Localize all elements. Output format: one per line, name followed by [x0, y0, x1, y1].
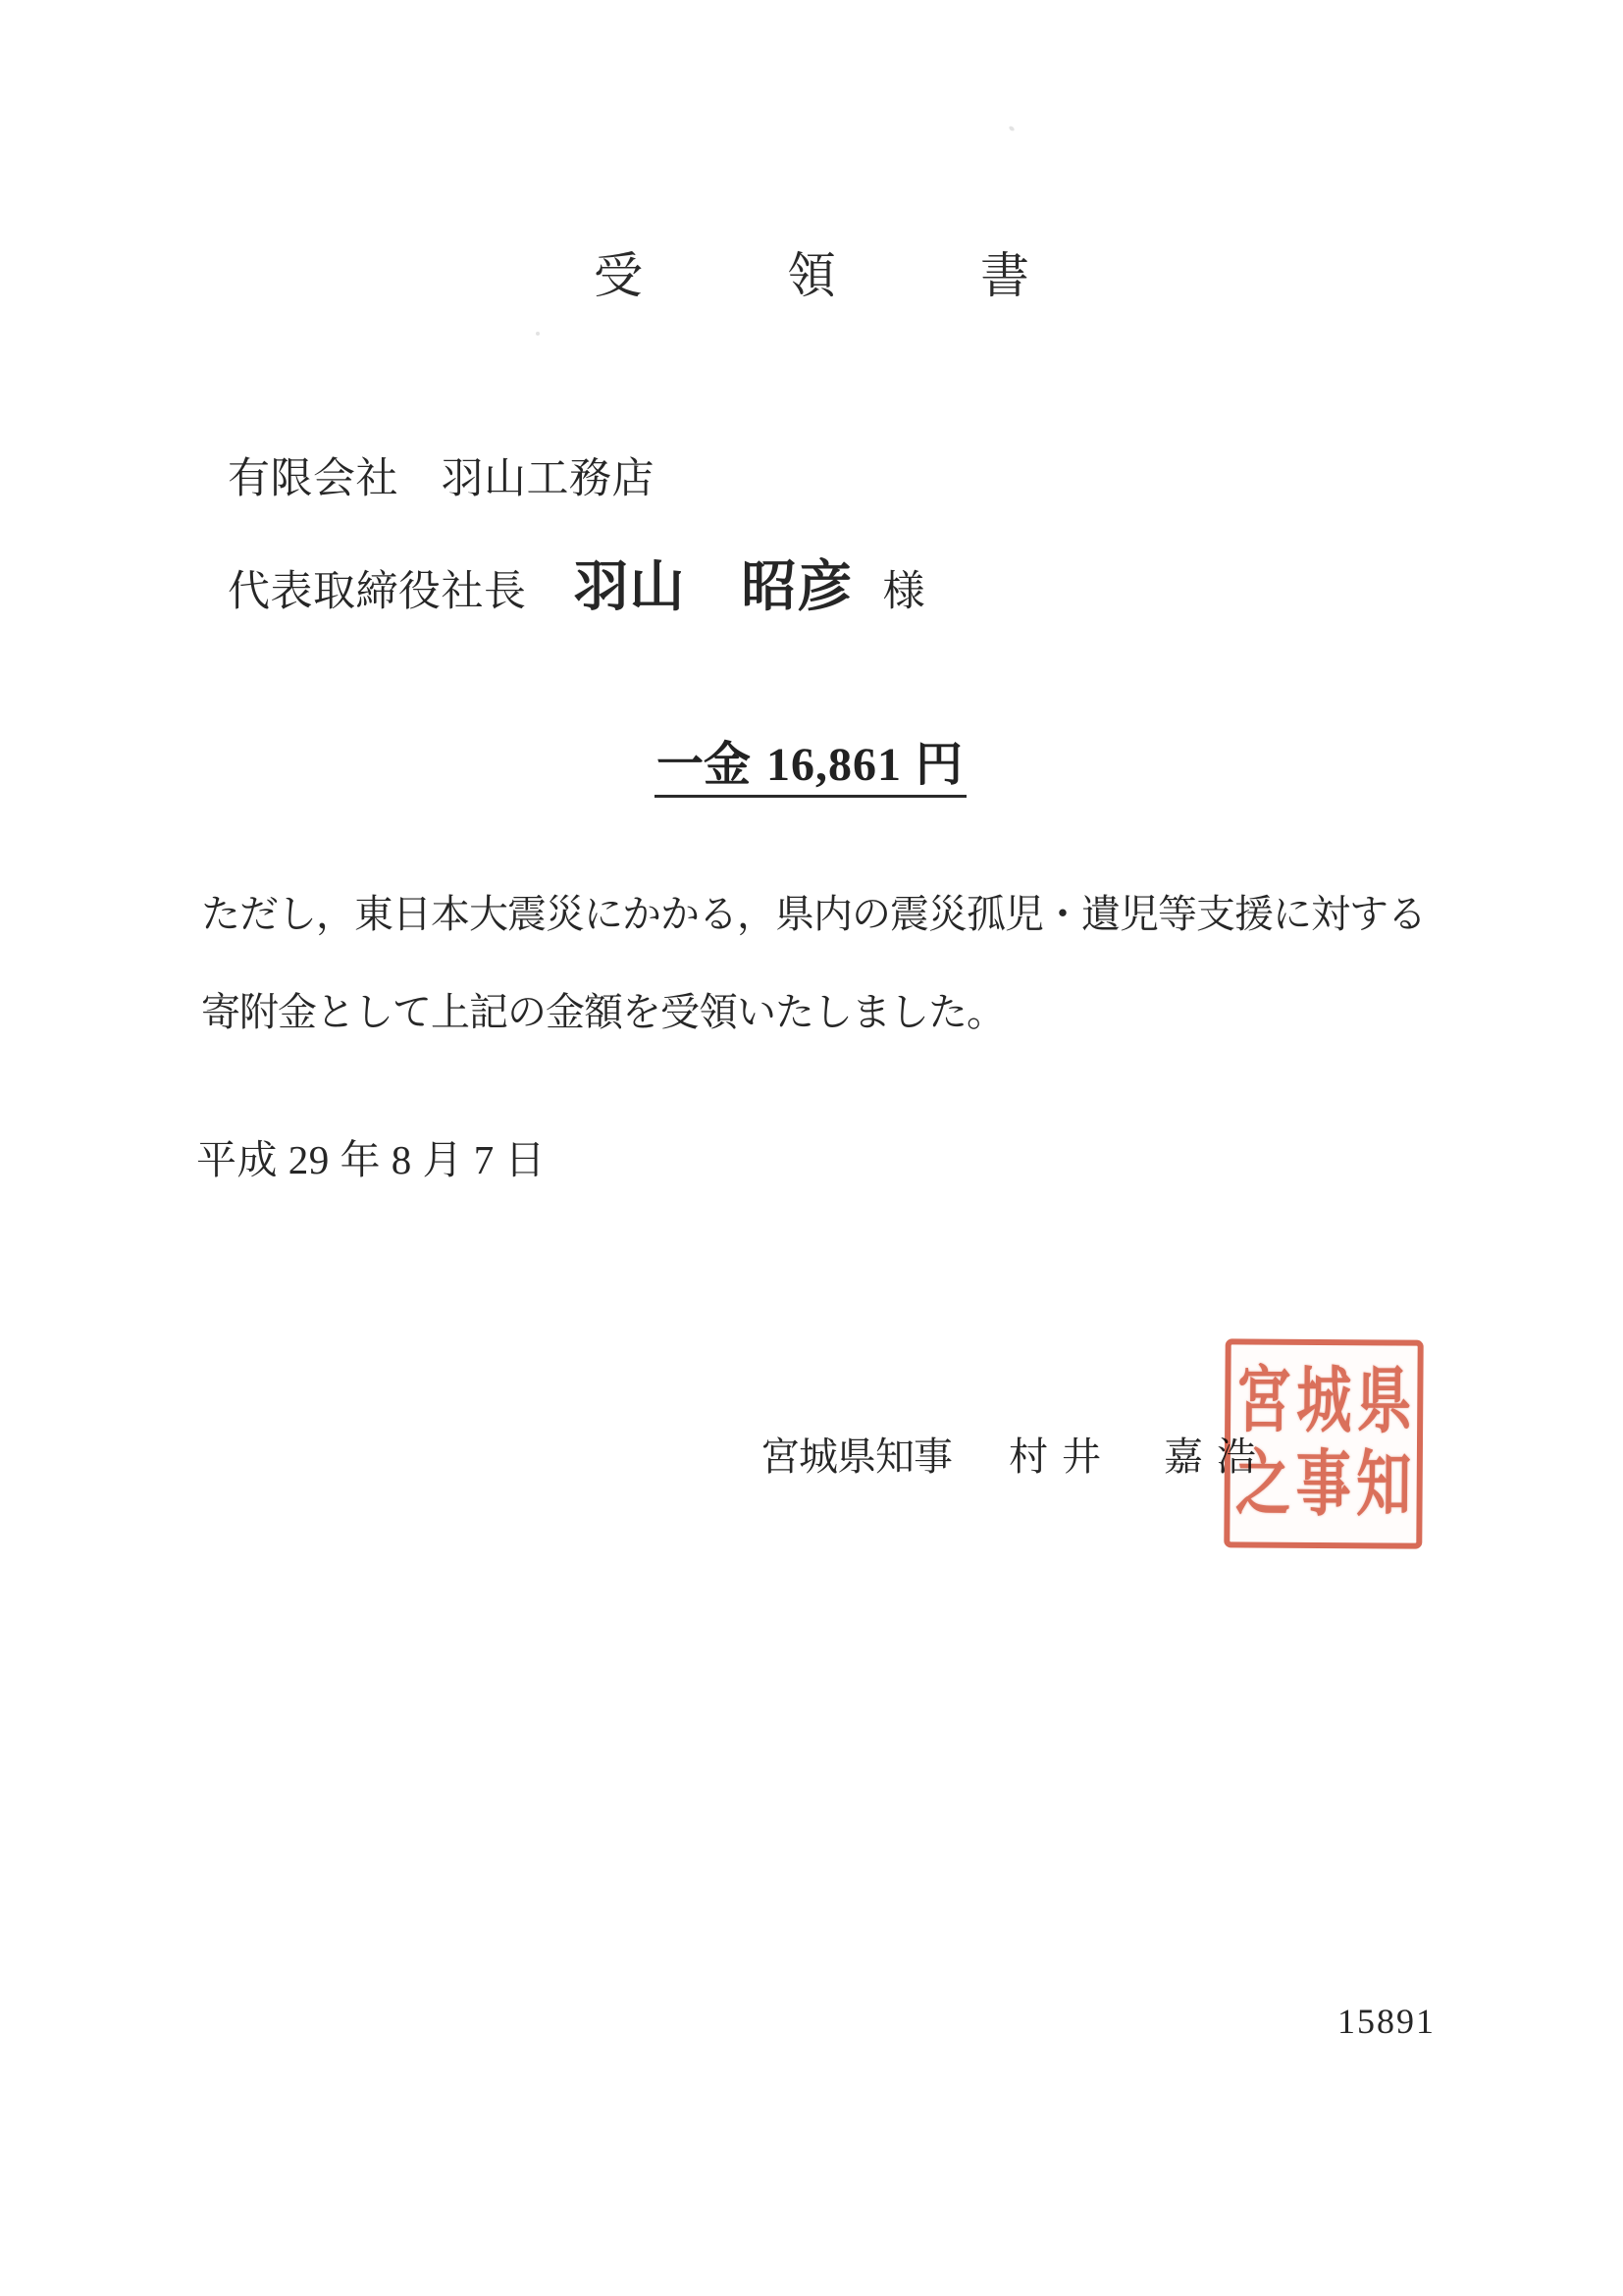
- seal-column: 城 事: [1295, 1345, 1351, 1542]
- amount-prefix: 一金: [656, 742, 751, 789]
- recipient-title: 代表取締役社長: [228, 571, 527, 613]
- scan-artifact: [536, 332, 540, 336]
- amount-unit: 円: [916, 742, 963, 789]
- body-text-line1: ただし，東日本大震災にかかる，県内の震災孤児・遺児等支援に対する: [201, 895, 1426, 934]
- document-number: 15891: [1337, 2004, 1436, 2039]
- seal-character: 県: [1357, 1366, 1413, 1438]
- seal-character: 之: [1235, 1449, 1291, 1522]
- body-text-line2: 寄附金として上記の金額を受領いたしました。: [201, 993, 1005, 1032]
- seal-character: 事: [1295, 1449, 1351, 1522]
- document-title: 受 領 書: [0, 251, 1623, 300]
- seal-character: 城: [1296, 1366, 1352, 1438]
- issuer-title: 宮城県知事: [760, 1437, 952, 1477]
- title-char: 受: [594, 251, 643, 300]
- scan-artifact: [1008, 126, 1015, 132]
- recipient-honorific: 様: [883, 571, 925, 613]
- title-char: 書: [980, 251, 1029, 300]
- recipient-name-line: 代表取締役社長 羽山 昭彦 様: [228, 560, 925, 615]
- amount-value: 16,861: [766, 742, 902, 789]
- seal-column: 県 知: [1356, 1345, 1412, 1542]
- amount-line: 一金 16,861 円: [654, 742, 967, 798]
- document-date: 平成 29 年 8 月 7 日: [196, 1140, 546, 1180]
- issuer-surname: 村 井: [1009, 1437, 1103, 1477]
- seal-character: 知: [1356, 1450, 1412, 1523]
- receipt-document: 受 領 書 有限会社 羽山工務店 代表取締役社長 羽山 昭彦 様 一金 16,8…: [0, 0, 1623, 2296]
- recipient-name: 羽山 昭彦: [574, 560, 854, 615]
- issuer-signature: 宮城県知事 村 井 嘉 浩: [760, 1437, 1258, 1477]
- official-seal-stamp: 宮 之 城 事 県 知: [1224, 1338, 1423, 1548]
- seal-character: 宮: [1236, 1365, 1292, 1437]
- seal-column: 宮 之: [1235, 1344, 1291, 1541]
- recipient-company: 有限会社 羽山工務店: [228, 458, 654, 500]
- title-char: 領: [787, 251, 836, 300]
